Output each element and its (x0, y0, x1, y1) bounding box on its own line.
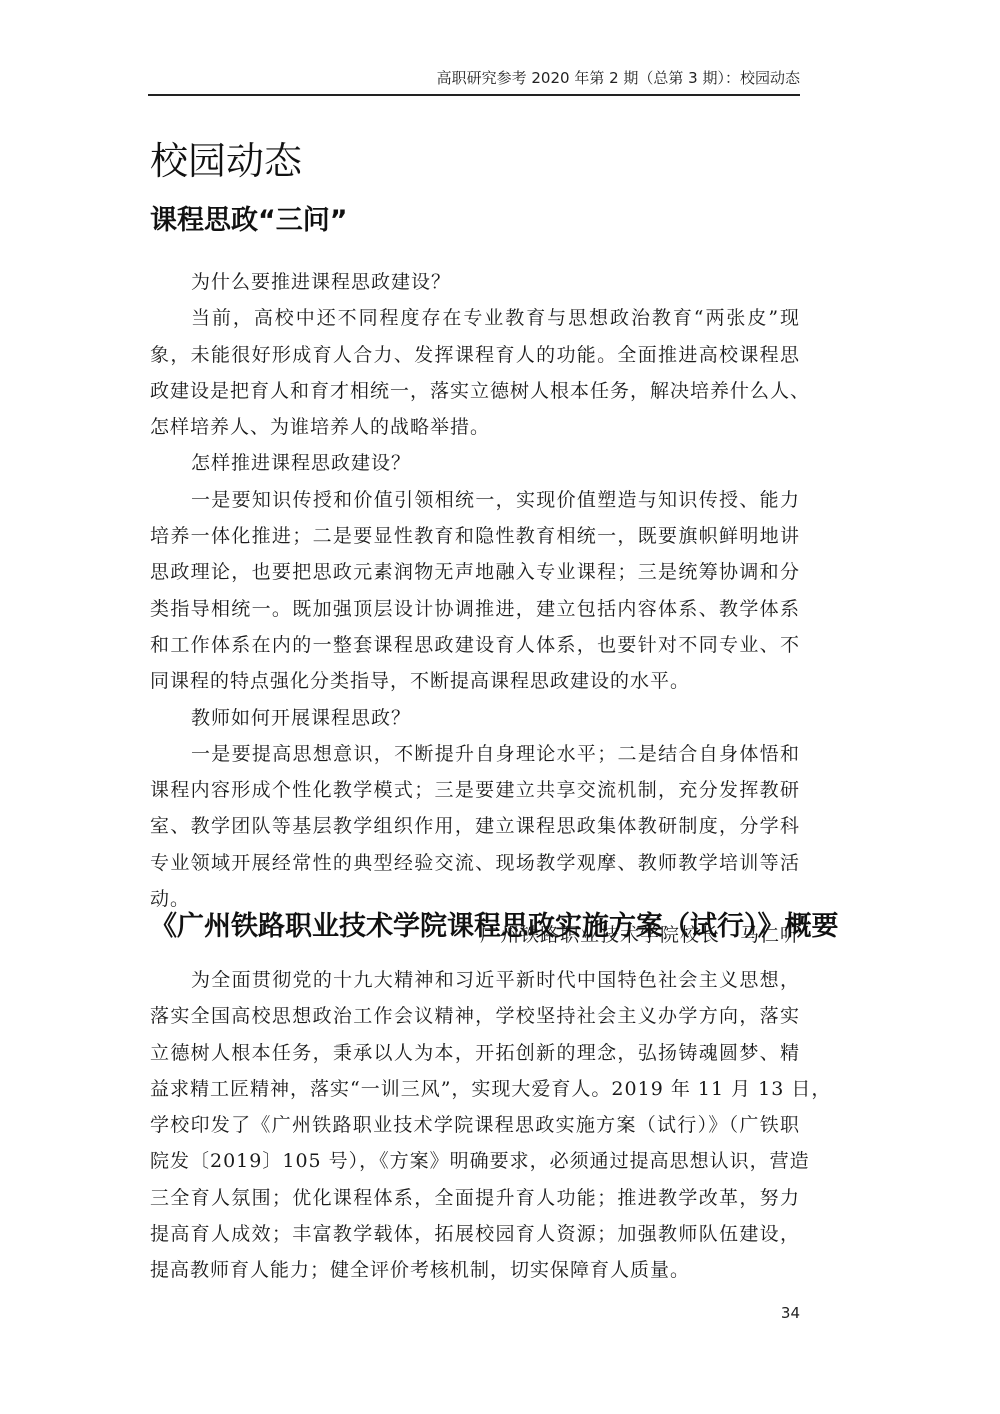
question-heading: 怎样推进课程思政建设？ (150, 445, 800, 481)
paragraph-line: 当前，高校中还不同程度存在专业教育与思想政治教育“两张皮”现 (150, 300, 800, 336)
paragraph-line: 院发〔2019〕105 号），《方案》明确要求，必须通过提高思想认识，营造 (150, 1143, 800, 1179)
paragraph-line: 一是要知识传授和价值引领相统一，实现价值塑造与知识传授、能力 (150, 482, 800, 518)
paragraph-line: 和工作体系在内的一整套课程思政建设育人体系，也要针对不同专业、不 (150, 627, 800, 663)
paragraph-line: 立德树人根本任务，秉承以人为本，开拓创新的理念，弘扬铸魂圆梦、精 (150, 1035, 800, 1071)
paragraph-line: 思政理论，也要把思政元素润物无声地融入专业课程；三是统筹协调和分 (150, 554, 800, 590)
header-divider (148, 94, 800, 96)
paragraph-line: 培养一体化推进；二是要显性教育和隐性教育相统一，既要旗帜鲜明地讲 (150, 518, 800, 554)
question-heading: 为什么要推进课程思政建设？ (150, 264, 800, 300)
page-number: 34 (760, 1304, 800, 1322)
paragraph-line: 提高育人成效；丰富教学载体，拓展校园育人资源；加强教师队伍建设， (150, 1216, 800, 1252)
paragraph-line: 课程内容形成个性化教学模式；三是要建立共享交流机制，充分发挥教研 (150, 772, 800, 808)
article-body-three-questions: 为什么要推进课程思政建设？当前，高校中还不同程度存在专业教育与思想政治教育“两张… (150, 264, 800, 954)
paragraph-line: 为全面贯彻党的十九大精神和习近平新时代中国特色社会主义思想， (150, 962, 800, 998)
paragraph-line: 一是要提高思想意识，不断提升自身理论水平；二是结合自身体悟和 (150, 736, 800, 772)
article-title-three-questions: 课程思政“三问” (150, 204, 348, 238)
question-heading: 教师如何开展课程思政？ (150, 700, 800, 736)
paragraph-line: 益求精工匠精神，落实“一训三风”，实现大爱育人。2019 年 11 月 13 日… (150, 1071, 800, 1107)
paragraph-line: 室、教学团队等基层教学组织作用，建立课程思政集体教研制度，分学科 (150, 808, 800, 844)
paragraph-line: 学校印发了《广州铁路职业技术学院课程思政实施方案（试行）》（广铁职 (150, 1107, 800, 1143)
paragraph-line: 同课程的特点强化分类指导，不断提高课程思政建设的水平。 (150, 663, 800, 699)
section-title: 校园动态 (150, 138, 302, 184)
article-body-implementation-plan: 为全面贯彻党的十九大精神和习近平新时代中国特色社会主义思想，落实全国高校思想政治… (150, 962, 800, 1289)
paragraph-line: 象，未能很好形成育人合力、发挥课程育人的功能。全面推进高校课程思 (150, 337, 800, 373)
paragraph-line: 专业领域开展经常性的典型经验交流、现场教学观摩、教师教学培训等活 (150, 845, 800, 881)
paragraph-line: 三全育人氛围；优化课程体系，全面提升育人功能；推进教学改革，努力 (150, 1180, 800, 1216)
article-title-implementation-plan: 《广州铁路职业技术学院课程思政实施方案（试行）》概要 (150, 910, 839, 944)
paragraph-line: 政建设是把育人和育才相统一，落实立德树人根本任务，解决培养什么人、 (150, 373, 800, 409)
paragraph-line: 落实全国高校思想政治工作会议精神，学校坚持社会主义办学方向，落实 (150, 998, 800, 1034)
paragraph-line: 提高教师育人能力；健全评价考核机制，切实保障育人质量。 (150, 1252, 800, 1288)
paragraph-line: 类指导相统一。既加强顶层设计协调推进，建立包括内容体系、教学体系 (150, 591, 800, 627)
paragraph-line: 怎样培养人、为谁培养人的战略举措。 (150, 409, 800, 445)
running-header: 高职研究参考 2020 年第 2 期（总第 3 期）：校园动态 (148, 68, 800, 88)
